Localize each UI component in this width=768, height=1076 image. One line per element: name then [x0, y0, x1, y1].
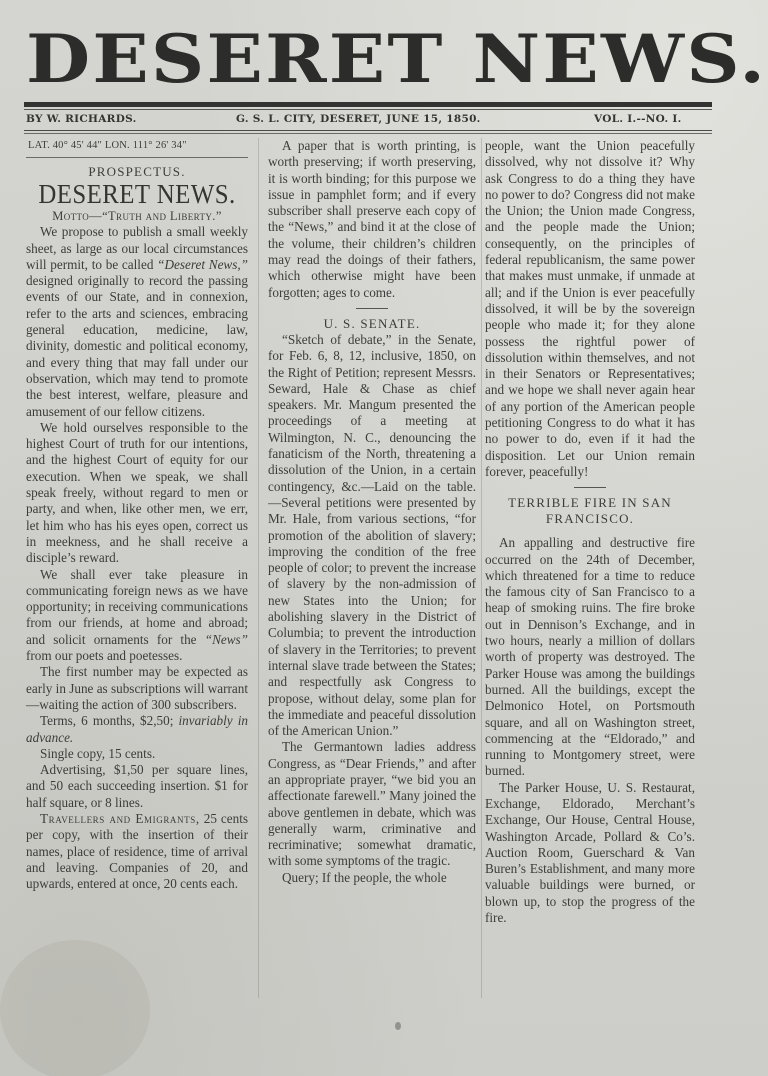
masthead-rule-thin	[24, 109, 712, 110]
paragraph: Query; If the people, the whole	[268, 870, 476, 886]
paragraph: An appalling and destructive fire occurr…	[485, 535, 695, 779]
section-rule	[574, 487, 606, 488]
latitude-longitude: LAT. 40° 45' 44" LON. 111° 26' 34"	[26, 138, 248, 154]
paper-stain	[395, 1022, 401, 1030]
paragraph: We hold ourselves responsible to the hig…	[26, 420, 248, 567]
paragraph-travellers: Travellers and Emigrants, 25 cents per c…	[26, 811, 248, 892]
column-3-fire: people, want the Union peacefully dissol…	[485, 138, 695, 926]
paragraph: We propose to publish a small weekly she…	[26, 224, 248, 420]
dateline: G. S. L. CITY, DESERET, JUNE 15, 1850.	[236, 113, 481, 125]
dateline-rule	[24, 133, 712, 134]
column-2-senate: A paper that is worth printing, is worth…	[268, 138, 476, 886]
paragraph: “Sketch of debate,” in the Senate, for F…	[268, 332, 476, 739]
section-label-prospectus: PROSPECTUS.	[26, 164, 248, 180]
newspaper-page: DESERET NEWS. BY W. RICHARDS. G. S. L. C…	[0, 0, 768, 1076]
column-1-prospectus: LAT. 40° 45' 44" LON. 111° 26' 34" PROSP…	[26, 138, 248, 892]
paper-stain	[0, 940, 150, 1076]
column-divider	[258, 138, 259, 998]
paragraph-single-copy: Single copy, 15 cents.	[26, 746, 248, 762]
paragraph: A paper that is worth printing, is worth…	[268, 138, 476, 301]
volume-number: VOL. I.--NO. I.	[594, 113, 682, 125]
paragraph: We shall ever take pleasure in communica…	[26, 567, 248, 665]
paragraph: people, want the Union peacefully dissol…	[485, 138, 695, 480]
masthead: DESERET NEWS.	[26, 24, 716, 94]
fire-headline: TERRIBLE FIRE IN SAN FRANCISCO.	[485, 495, 695, 527]
paragraph-terms: Terms, 6 months, $2,50; invariably in ad…	[26, 713, 248, 746]
dateline-rule	[24, 130, 712, 131]
section-rule	[356, 308, 388, 309]
latlon-rule	[26, 157, 248, 158]
prospectus-headline: DESERET NEWS.	[35, 180, 239, 208]
paragraph-advertising: Advertising, $1,50 per square lines, and…	[26, 762, 248, 811]
paragraph: The Parker House, U. S. Restaurat, Excha…	[485, 780, 695, 927]
byline: BY W. RICHARDS.	[26, 113, 137, 125]
motto: Motto—“Truth and Liberty.”	[26, 208, 248, 224]
dateline-bar: BY W. RICHARDS. G. S. L. CITY, DESERET, …	[24, 113, 712, 129]
senate-headline: U. S. SENATE.	[268, 316, 476, 332]
paragraph: The first number may be expected as earl…	[26, 664, 248, 713]
masthead-title: DESERET NEWS.	[26, 24, 767, 94]
masthead-rule-thick	[24, 102, 712, 107]
column-divider	[481, 138, 482, 998]
paragraph: The Germantown ladies address Congress, …	[268, 739, 476, 869]
